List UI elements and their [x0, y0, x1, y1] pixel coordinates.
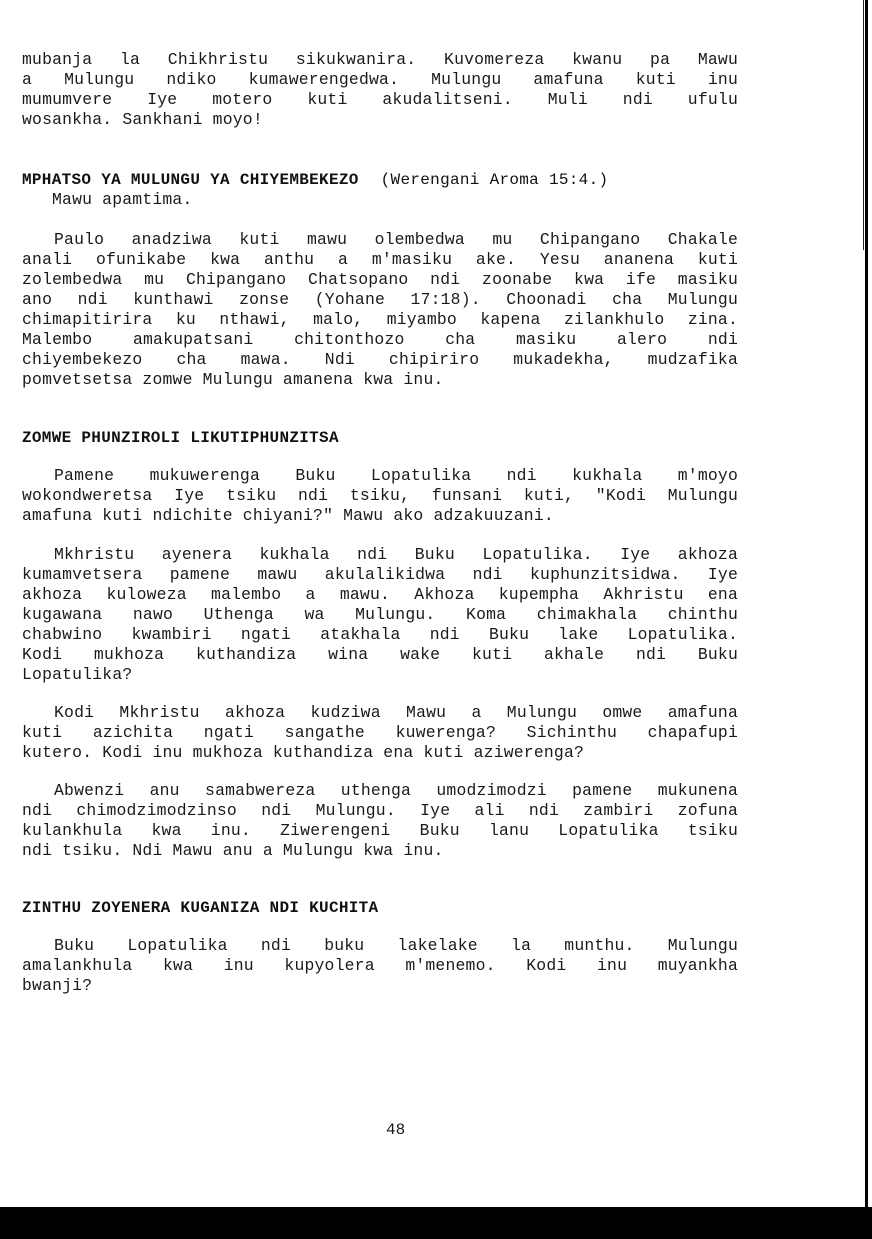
text-line: bwanji?: [22, 976, 738, 996]
heading-title: MPHATSO YA MULUNGU YA CHIYEMBEKEZO: [22, 171, 359, 189]
text-line: kuti azichita ngati sangathe kuwerenga? …: [22, 723, 738, 743]
text-line: Kodi Mkhristu akhoza kudziwa Mawu a Mulu…: [22, 703, 738, 723]
text-line: ndi tsiku. Ndi Mawu anu a Mulungu kwa in…: [22, 841, 738, 861]
section-subtitle: Mawu apamtima.: [52, 190, 452, 210]
text-line: zolembedwa mu Chipangano Chatsopano ndi …: [22, 270, 738, 290]
scanned-page: mubanja la Chikhristu sikukwanira. Kuvom…: [0, 0, 872, 1239]
text-line: Abwenzi anu samabwereza uthenga umodzimo…: [22, 781, 738, 801]
scripture-reference: (Werengani Aroma 15:4.): [381, 171, 609, 189]
scan-edge-border: [865, 0, 868, 1207]
text-line: Kodi mukhoza kuthandiza wina wake kuti a…: [22, 645, 738, 665]
text-line: Paulo anadziwa kuti mawu olembedwa mu Ch…: [22, 230, 738, 250]
text-line: amalankhula kwa inu kupyolera m'menemo. …: [22, 956, 738, 976]
text-line: Malembo amakupatsani chitonthozo cha mas…: [22, 330, 738, 350]
text-line: ndi chimodzimodzinso ndi Mulungu. Iye al…: [22, 801, 738, 821]
text-line: Buku Lopatulika ndi buku lakelake la mun…: [22, 936, 738, 956]
text-line: chiyembekezo cha mawa. Ndi chipiriro muk…: [22, 350, 738, 370]
text-line: chimapitirira ku nthawi, malo, miyambo k…: [22, 310, 738, 330]
text-line: amafuna kuti ndichite chiyani?" Mawu ako…: [22, 506, 738, 526]
text-line: ano ndi kunthawi zonse (Yohane 17:18). C…: [22, 290, 738, 310]
text-line: kumamvetsera pamene mawu akulalikidwa nd…: [22, 565, 738, 585]
text-line: Lopatulika?: [22, 665, 738, 685]
text-line: anali ofunikabe kwa anthu a m'masiku ake…: [22, 250, 738, 270]
text-line: chabwino kwambiri ngati atakhala ndi Buk…: [22, 625, 738, 645]
text-line: mubanja la Chikhristu sikukwanira. Kuvom…: [22, 50, 738, 70]
text-line: kulankhula kwa inu. Ziwerengeni Buku lan…: [22, 821, 738, 841]
text-line: akhoza kuloweza malembo a mawu. Akhoza k…: [22, 585, 738, 605]
text-line: Mkhristu ayenera kukhala ndi Buku Lopatu…: [22, 545, 738, 565]
text-line: a Mulungu ndiko kumawerengedwa. Mulungu …: [22, 70, 738, 90]
page-number: 48: [386, 1120, 405, 1140]
text-line: kugawana nawo Uthenga wa Mulungu. Koma c…: [22, 605, 738, 625]
text-line: mumumvere Iye motero kuti akudalitseni. …: [22, 90, 738, 110]
text-line: pomvetsetsa zomwe Mulungu amanena kwa in…: [22, 370, 738, 390]
section-heading: MPHATSO YA MULUNGU YA CHIYEMBEKEZO(Weren…: [22, 170, 608, 190]
section-heading: ZOMWE PHUNZIROLI LIKUTIPHUNZITSA: [22, 428, 339, 448]
scan-edge-line: [863, 0, 864, 250]
scan-bottom-band: [0, 1207, 872, 1239]
section-heading: ZINTHU ZOYENERA KUGANIZA NDI KUCHITA: [22, 898, 378, 918]
text-line: wokondweretsa Iye tsiku ndi tsiku, funsa…: [22, 486, 738, 506]
text-line: kutero. Kodi inu mukhoza kuthandiza ena …: [22, 743, 738, 763]
text-line: Pamene mukuwerenga Buku Lopatulika ndi k…: [22, 466, 738, 486]
text-line: wosankha. Sankhani moyo!: [22, 110, 738, 130]
